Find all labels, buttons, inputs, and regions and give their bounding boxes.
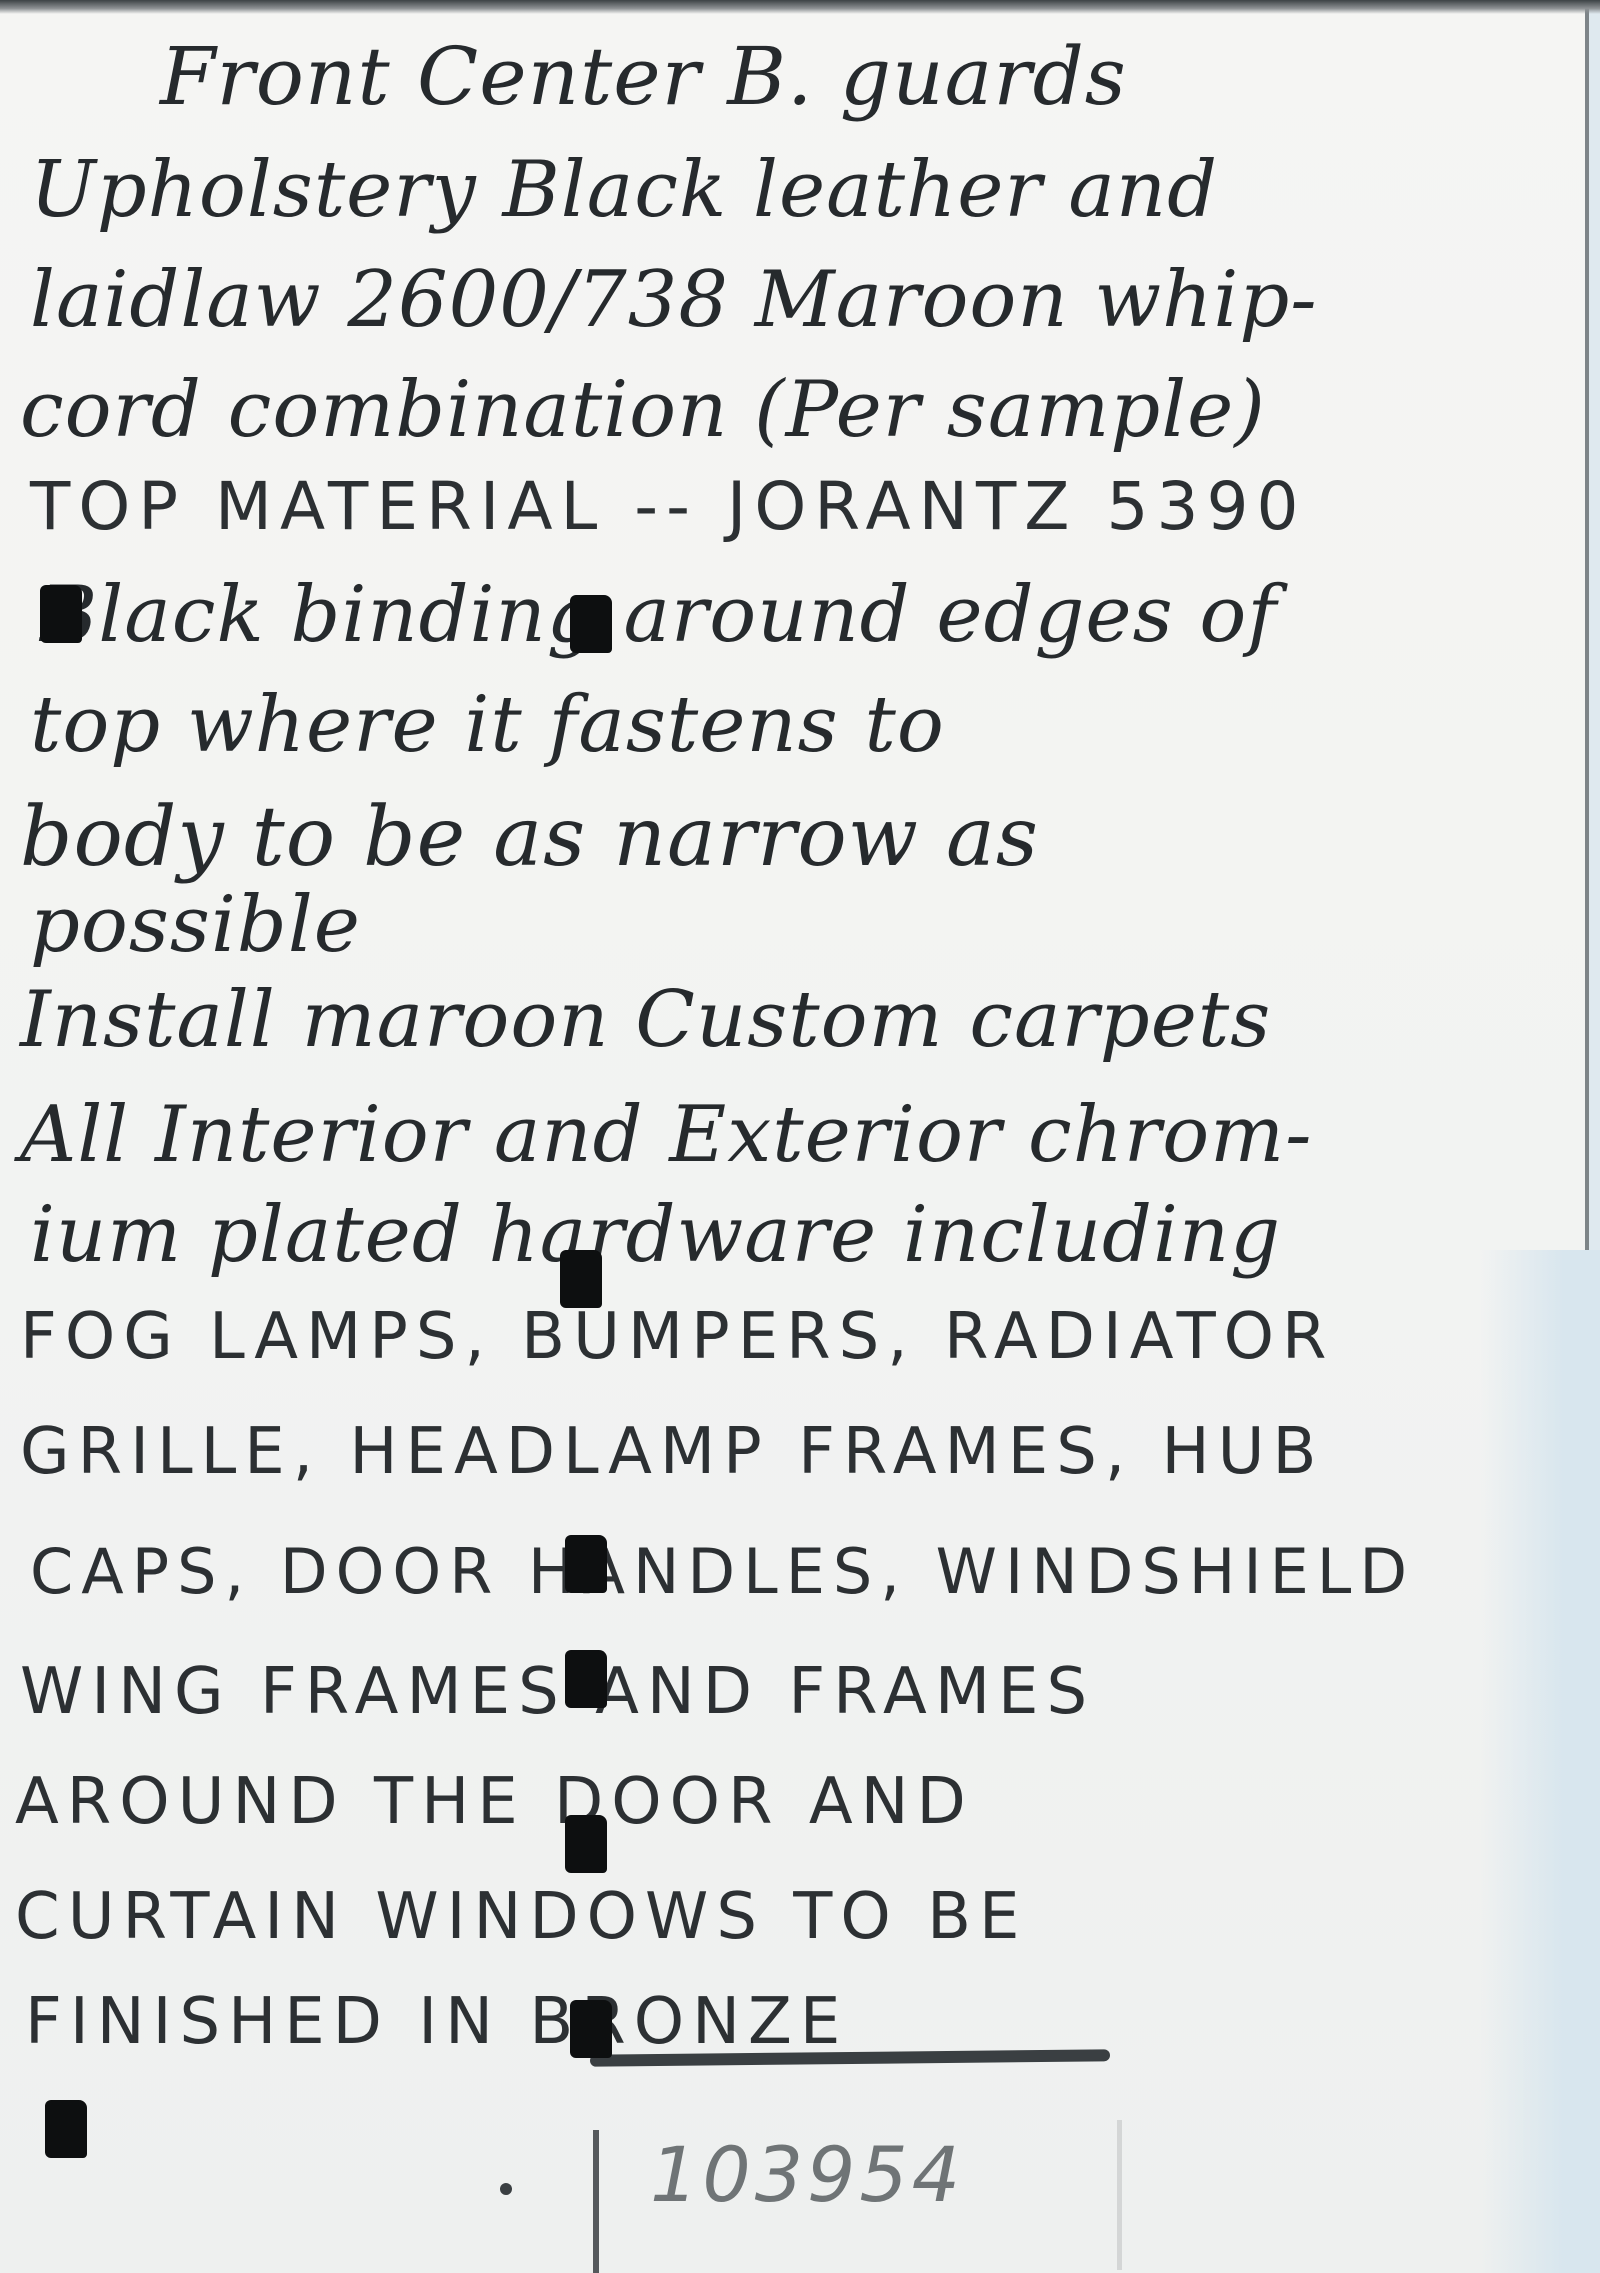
punch-hole — [45, 2100, 87, 2158]
punch-hole — [570, 595, 612, 653]
note-line-9: possible — [30, 880, 361, 970]
note-line-18: CURTAIN WINDOWS TO BE — [15, 1880, 1027, 1954]
punch-hole — [560, 1250, 602, 1308]
punch-hole — [565, 1815, 607, 1873]
background-edge — [1480, 1250, 1600, 2273]
punch-hole — [565, 1650, 607, 1708]
punch-hole — [570, 2000, 612, 2058]
note-line-1: Front Center B. guards — [160, 30, 1127, 123]
note-line-16: WING FRAMES AND FRAMES — [20, 1655, 1095, 1729]
note-line-17: AROUND THE DOOR AND — [15, 1765, 974, 1839]
note-line-10: Install maroon Custom carpets — [20, 975, 1271, 1065]
note-line-6: Black binding around edges of — [40, 570, 1277, 660]
faint-margin-line — [1117, 2120, 1122, 2270]
archive-number: 103954 — [650, 2130, 964, 2219]
note-line-12: ium plated hardware including — [30, 1190, 1281, 1280]
ink-dot — [500, 2183, 512, 2195]
punch-hole — [565, 1535, 607, 1593]
note-line-11: All Interior and Exterior chrom- — [20, 1090, 1313, 1180]
note-line-15: CAPS, DOOR HANDLES, WINDSHIELD — [30, 1535, 1415, 1608]
note-line-4: cord combination (Per sample) — [20, 365, 1266, 455]
note-line-13: FOG LAMPS, BUMPERS, RADIATOR — [20, 1300, 1335, 1374]
note-line-7: top where it fastens to — [30, 680, 945, 770]
note-line-3: laidlaw 2600/738 Maroon whip- — [30, 255, 1318, 345]
note-line-2: Upholstery Black leather and — [30, 145, 1218, 235]
note-line-14: GRILLE, HEADLAMP FRAMES, HUB — [20, 1415, 1324, 1489]
margin-line — [593, 2130, 599, 2273]
page-top-edge — [0, 0, 1600, 14]
note-line-5: TOP MATERIAL -- JORANTZ 5390 — [30, 468, 1306, 545]
note-line-8: body to be as narrow as — [20, 790, 1039, 885]
punch-hole — [40, 585, 82, 643]
note-line-19: FINISHED IN BRONZE — [25, 1985, 848, 2059]
